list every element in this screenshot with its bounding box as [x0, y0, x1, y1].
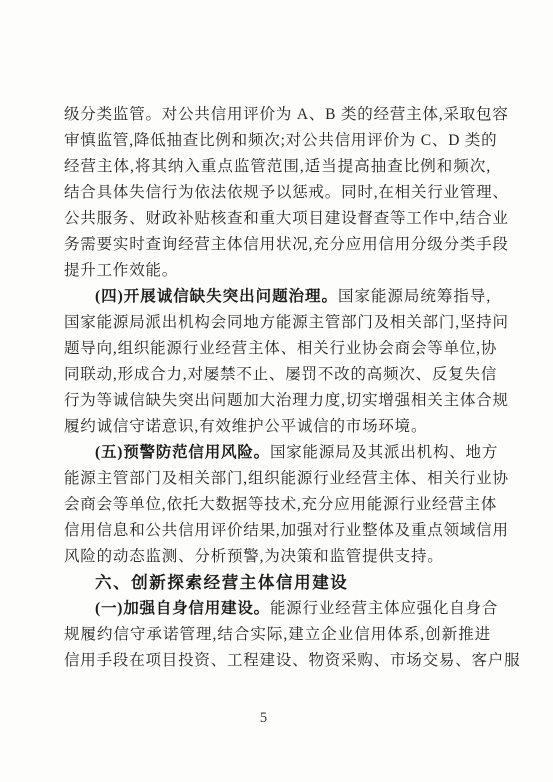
text-segment: 经营主体,将其纳入重点监管范围,适当提高抽查比例和频次,: [64, 158, 491, 175]
text-segment: 审慎监管,降低抽查比例和频次;对公共信用评价为 C、D 类的: [64, 132, 497, 149]
text-segment: (一)加强自身信用建设。: [95, 600, 270, 617]
text-line: 风险的动态监测、分析预警,为决策和监管提供支持。: [64, 544, 491, 570]
text-segment: 国家能源局及其派出机构、地方: [270, 444, 498, 461]
text-segment: 务需要实时查询经营主体信用状况,充分应用信用分级分类手段: [64, 236, 509, 253]
text-segment: (五)预警防范信用风险。: [95, 444, 270, 461]
text-line: 履约诚信守诺意识,有效维护公平诚信的市场环境。: [64, 414, 491, 440]
page-number: 5: [0, 705, 527, 731]
text-line: 国家能源局派出机构会同地方能源主管部门及相关部门,坚持问: [64, 310, 491, 336]
text-segment: 会商会等单位,依托大数据等技术,充分应用能源行业经营主体: [64, 496, 497, 513]
text-line: 务需要实时查询经营主体信用状况,充分应用信用分级分类手段: [64, 232, 491, 258]
text-line: 结合具体失信行为依法依规予以惩戒。同时,在相关行业管理、: [64, 180, 491, 206]
text-segment: 公共服务、财政补贴核查和重大项目建设督查等工作中,结合业: [64, 210, 509, 227]
text-segment: 能源主管部门及相关部门,组织能源行业经营主体、相关行业协: [64, 470, 509, 487]
text-segment: 同联动,形成合力,对屡禁不止、屡罚不改的高频次、反复失信: [64, 366, 497, 383]
text-segment: 国家能源局派出机构会同地方能源主管部门及相关部门,坚持问: [64, 314, 509, 331]
text-segment: 信用手段在项目投资、工程建设、物资采购、市场交易、客户服: [64, 652, 520, 669]
text-segment: 履约诚信守诺意识,有效维护公平诚信的市场环境。: [64, 418, 427, 435]
document-body: 级分类监管。对公共信用评价为 A、B 类的经营主体,采取包容审慎监管,降低抽查比…: [64, 102, 491, 674]
text-line: (一)加强自身信用建设。能源行业经营主体应强化自身合: [64, 596, 491, 622]
text-segment: 行为等诚信缺失突出问题加大治理力度,切实增强相关主体合规: [64, 392, 509, 409]
document-page: 级分类监管。对公共信用评价为 A、B 类的经营主体,采取包容审慎监管,降低抽查比…: [0, 0, 553, 782]
text-segment: 风险的动态监测、分析预警,为决策和监管提供支持。: [64, 548, 444, 565]
text-segment: 六、创新探索经营主体信用建设: [95, 574, 348, 592]
text-segment: (四)开展诚信缺失突出问题治理。: [95, 288, 338, 305]
text-line: 题导向,组织能源行业经营主体、相关行业协会商会等单位,协: [64, 336, 491, 362]
text-segment: 结合具体失信行为依法依规予以惩戒。同时,在相关行业管理、: [64, 184, 509, 201]
text-line: 能源主管部门及相关部门,组织能源行业经营主体、相关行业协: [64, 466, 491, 492]
text-line: 规履约信守承诺管理,结合实际,建立企业信用体系,创新推进: [64, 622, 491, 648]
text-line: (四)开展诚信缺失突出问题治理。国家能源局统筹指导,: [64, 284, 491, 310]
text-segment: 级分类监管。对公共信用评价为 A、B 类的经营主体,采取包容: [64, 106, 509, 123]
text-segment: 题导向,组织能源行业经营主体、相关行业协会商会等单位,协: [64, 340, 497, 357]
text-line: 会商会等单位,依托大数据等技术,充分应用能源行业经营主体: [64, 492, 491, 518]
text-line: 级分类监管。对公共信用评价为 A、B 类的经营主体,采取包容: [64, 102, 491, 128]
section-heading: 六、创新探索经营主体信用建设: [64, 570, 491, 596]
text-line: 信用信息和公共信用评价结果,加强对行业整体及重点领域信用: [64, 518, 491, 544]
text-segment: 能源行业经营主体应强化自身合: [270, 600, 498, 617]
text-line: 行为等诚信缺失突出问题加大治理力度,切实增强相关主体合规: [64, 388, 491, 414]
text-line: 公共服务、财政补贴核查和重大项目建设督查等工作中,结合业: [64, 206, 491, 232]
text-line: (五)预警防范信用风险。国家能源局及其派出机构、地方: [64, 440, 491, 466]
text-line: 审慎监管,降低抽查比例和频次;对公共信用评价为 C、D 类的: [64, 128, 491, 154]
text-segment: 信用信息和公共信用评价结果,加强对行业整体及重点领域信用: [64, 522, 509, 539]
text-line: 经营主体,将其纳入重点监管范围,适当提高抽查比例和频次,: [64, 154, 491, 180]
text-segment: 规履约信守承诺管理,结合实际,建立企业信用体系,创新推进: [64, 626, 491, 643]
text-line: 信用手段在项目投资、工程建设、物资采购、市场交易、客户服: [64, 648, 491, 674]
text-line: 同联动,形成合力,对屡禁不止、屡罚不改的高频次、反复失信: [64, 362, 491, 388]
text-line: 提升工作效能。: [64, 258, 491, 284]
text-segment: 提升工作效能。: [64, 262, 178, 279]
text-segment: 国家能源局统筹指导,: [338, 288, 491, 305]
